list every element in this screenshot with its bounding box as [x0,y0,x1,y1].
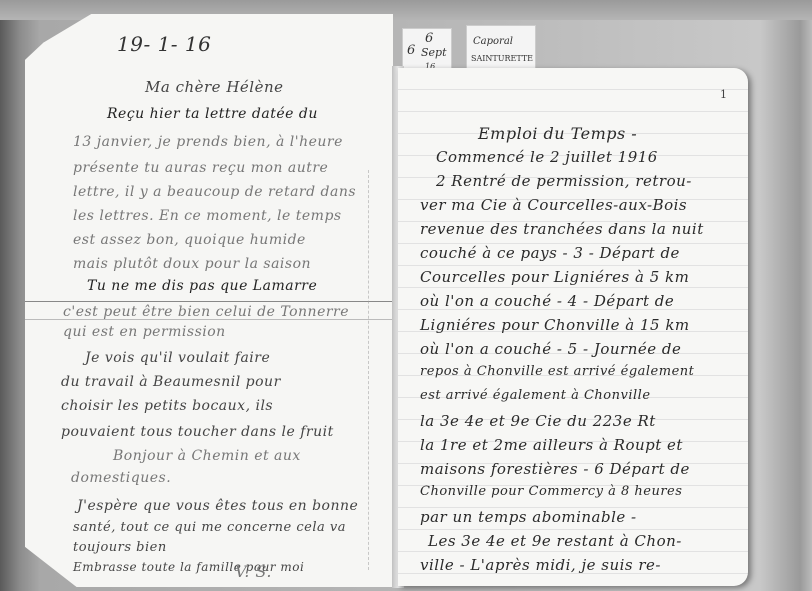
letter-line: les lettres. En ce moment, le temps [73,208,342,224]
notebook-line: Les 3e 4e et 9e restant à Chon- [428,532,682,550]
notebook-line: revenue des tranchées dans la nuit [420,220,704,238]
letter-line: pouvaient tous toucher dans le fruit [61,424,334,440]
letter-line: Tu ne me dis pas que Lamarre [87,278,317,294]
letter-line: domestiques. [71,470,171,486]
letter-line: Reçu hier ta lettre datée du [107,106,318,122]
letter-line: 13 janvier, je prends bien, à l'heure [73,134,343,150]
letter-line: J'espère que vous êtes tous en bonne [77,498,358,514]
tab-text: Caporal [473,36,513,47]
notebook-line: la 1re et 2me ailleurs à Roupt et [420,436,683,454]
letter-line: c'est peut être bien celui de Tonnerre [63,304,349,320]
notebook-line: ver ma Cie à Courcelles-aux-Bois [420,196,687,214]
notebook-line: ville - L'après midi, je suis re- [420,556,661,574]
notebook-title: Emploi du Temps - [478,124,637,143]
tab-text: 6 [425,31,433,46]
notebook-line: la 3e 4e et 9e Cie du 223e Rt [420,412,656,430]
letter-line: présente tu auras reçu mon autre [73,160,328,176]
notebook-line: Chonville pour Commercy à 8 heures [420,484,682,499]
notebook-page: 1 Emploi du Temps - Commencé le 2 juille… [398,68,748,586]
notebook-line: est arrivé également à Chonville [420,388,651,403]
notebook-line: Ligniéres pour Chonville à 15 km [420,316,690,334]
letter-line: toujours bien [73,540,167,555]
notebook-line: couché à ce pays - 3 - Départ de [420,244,680,262]
letter-line: qui est en permission [63,324,226,340]
notebook-line: repos à Chonville est arrivé également [420,364,694,379]
letter-line: est assez bon, quoique humide [73,232,306,248]
letter-page: 19- 1- 16 Ma chère Hélène Reçu hier ta l… [25,14,393,587]
tab-text: 6 [407,43,415,58]
tab-text: Sept [421,46,447,59]
letter-line: santé, tout ce qui me concerne cela va [73,520,346,535]
letter-line: du travail à Beaumesnil pour [61,374,281,390]
letter-signature: V. S. [235,562,272,581]
fold-line [25,301,393,302]
notebook-line: maisons forestières - 6 Départ de [420,460,690,478]
letter-line: choisir les petits bocaux, ils [61,398,273,414]
notebook-line: où l'on a couché - 4 - Départ de [420,292,674,310]
letter-line: mais plutôt doux pour la saison [73,256,311,272]
notebook-line: Courcelles pour Ligniéres à 5 km [420,268,689,286]
page-number: 1 [720,88,727,101]
notebook-line: par un temps abominable - [420,508,637,526]
notebook-line: où l'on a couché - 5 - Journée de [420,340,681,358]
notebook-line: 2 Rentré de permission, retrou- [436,172,692,190]
letter-salutation: Ma chère Hélène [145,78,284,96]
tab-text: SAINTURETTE [471,54,533,63]
letter-line: Bonjour à Chemin et aux [113,448,301,464]
notebook-line: Commencé le 2 juillet 1916 [436,148,658,166]
letter-line: Je vois qu'il voulait faire [85,350,270,366]
letter-date: 19- 1- 16 [117,32,211,56]
name-tab: Caporal SAINTURETTE [466,25,536,73]
letter-line: lettre, il y a beaucoup de retard dans [73,184,356,200]
